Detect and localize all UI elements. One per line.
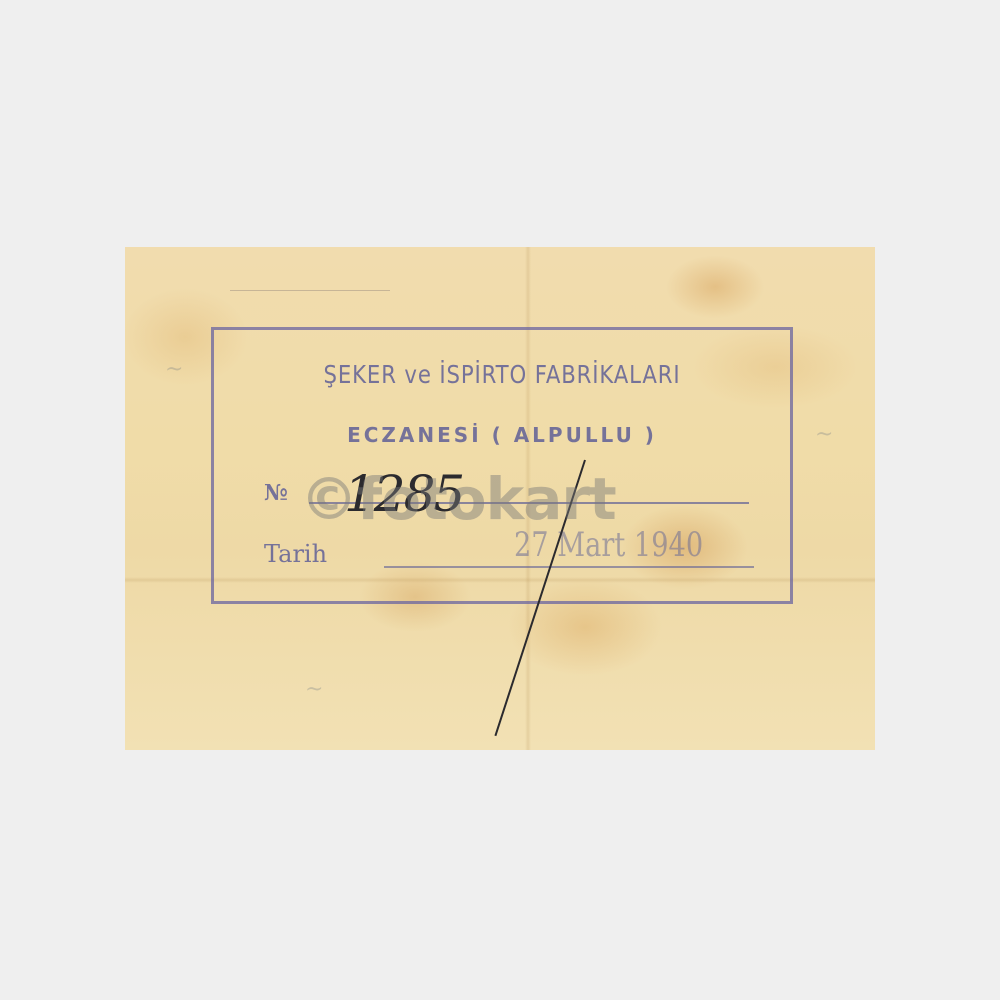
faded-handwriting: ~: [165, 357, 183, 382]
number-label: №: [264, 480, 288, 506]
faded-handwriting: ~: [815, 422, 833, 447]
watermark: ©fotokart: [300, 465, 616, 533]
stamp-title: ŞEKER ve İSPİRTO FABRİKALARI: [257, 360, 747, 389]
stamp-subtitle: ECZANESİ ( ALPULLU ): [214, 423, 790, 447]
faded-handwriting: ~: [305, 677, 323, 702]
date-rule: [384, 566, 754, 568]
faint-underline: [230, 290, 390, 291]
date-label: Tarih: [264, 540, 327, 568]
